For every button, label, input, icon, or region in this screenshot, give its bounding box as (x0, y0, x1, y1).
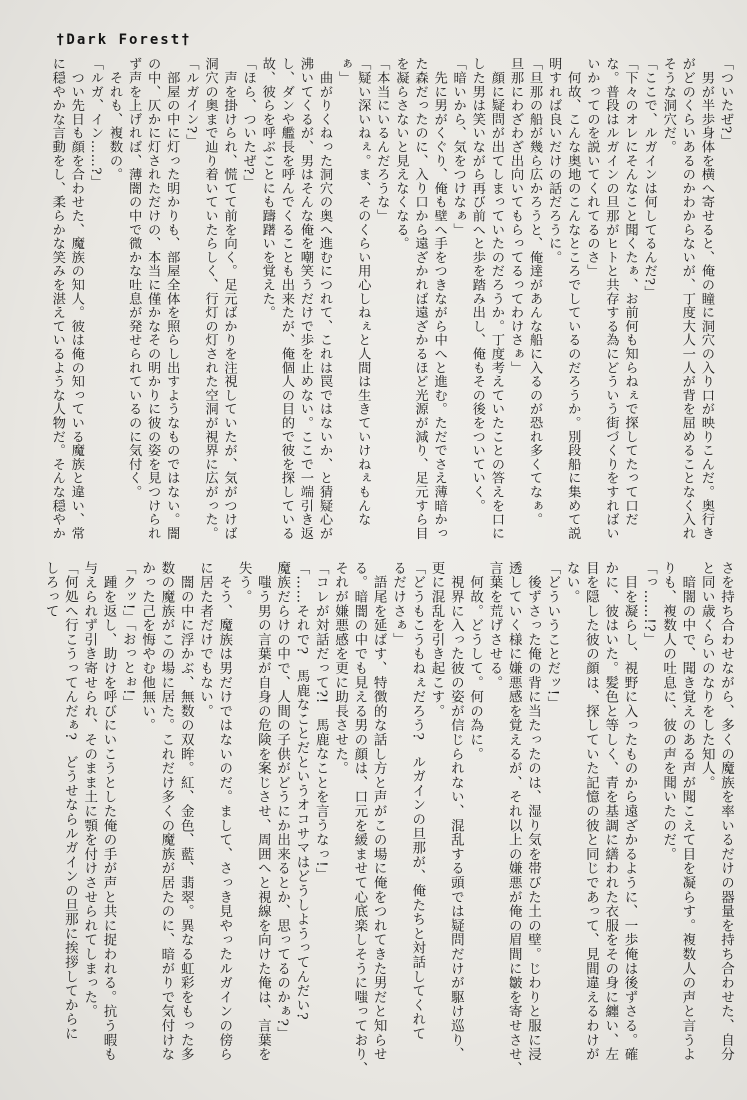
text-line: 「ほら、ついたぜ?」 (239, 57, 258, 565)
text-line: た森だったのに、入り口から遠ざかれば遠ざかるほど光源が減り、足元すら目 (410, 57, 429, 565)
text-line: 洞穴の奥まで辿り着いていたらしく、行灯の灯された空洞が視界に広がった。 (200, 57, 219, 565)
text-block-lower: さを持ち合わせながら、多くの魔族を率いるだけの器量を持ち合わせた、自分と同い歳く… (40, 561, 735, 1088)
text-line: さを持ち合わせながら、多くの魔族を率いるだけの器量を持ち合わせた、自分 (716, 561, 735, 1088)
text-line: 故、彼らを呼ぶことにも躊躇いを覚えた。 (258, 57, 277, 565)
text-line: それも、複数の。 (105, 57, 124, 565)
text-line: に穏やかな言動をし、柔らかな笑みを湛えているような人物だ。そんな穏やか (48, 57, 67, 565)
text-line: 顔に疑問が出てしまっていたのだろうか。丁度考えていたことの答えを口に (487, 57, 506, 565)
text-line: 透していく様に嫌悪感を覚えるが、それ以上の嫌悪が俺の眉間に皺を寄せさせ、 (503, 561, 522, 1088)
text-line: 「コレが対話だって?! 馬鹿なことを言うなっ!」 (310, 561, 329, 1088)
text-line: 暗闇の中で、聞き覚えのある声が聞こえて目を凝らす。複数人の声と言うよ (677, 561, 696, 1088)
text-line: 旦那にわざわざ出向いてもらってるってわけさぁ」 (506, 57, 525, 565)
text-line: かに、彼はいた。髪色と等しく、青を基調に繕われた衣服をその身に纏い、左 (600, 561, 619, 1088)
text-line: 「下々のオレにそんなこと聞くたぁ、お前何も知らねぇで探してたって口だ (620, 57, 639, 565)
text-line: 「クッ!」「おっとぉ!」 (118, 561, 137, 1088)
text-line: 闇の中に浮かぶ、無数の双眸。紅、金色、藍、翡翠。異なる虹彩をもった多 (175, 561, 194, 1088)
text-line: 何故、こんな奥地のこんなところでしているのだろうか。別段船に集めて説 (563, 57, 582, 565)
text-line: りも、複数人の吐息に、彼の声を聞いたのだ。 (658, 561, 677, 1088)
text-line: ぁ」 (334, 57, 353, 565)
text-line: 更に混乱を引き起こす。 (426, 561, 445, 1088)
text-line: 「ここで、ルガインは何してるんだ?」 (640, 57, 659, 565)
text-line: 「ルガ、イン……?」 (86, 57, 105, 565)
text-line: ない。 (561, 561, 580, 1088)
text-line: 目を凝らし、視野に入ったものから遠ざかるように、一歩俺は後ずさる。確 (619, 561, 638, 1088)
page-title: †Dark Forest† (56, 32, 192, 48)
text-line: 「何処へ行こうってんだぁ? どうせならルガインの旦那に挨拶してからに (60, 561, 79, 1088)
text-line: 声を掛けられ、慌てて前を向く。足元ばかりを注視していたが、気がつけば (219, 57, 238, 565)
text-line: 視界に入った彼の姿が信じられない、混乱する頭では疑問だけが駆け巡り、 (446, 561, 465, 1088)
text-line: した男は笑いながら再び前へと歩を踏み出し、俺もその後をついていく。 (468, 57, 487, 565)
text-line: がどのくらいあるのかわからないが、丁度大人一人が背を屈めることなく入れ (678, 57, 697, 565)
text-line: そう、魔族は男だけではないのだ。まして、さっき見やったルガインの傍ら (214, 561, 233, 1088)
scanned-novel-page: †Dark Forest† 「ついたぜ?」 男が半歩身体を横へ寄せると、俺の瞳に… (0, 0, 747, 1100)
text-line: な。普段はルガインの旦那がヒトと共存する為にどういう街づくりをすればい (601, 57, 620, 565)
text-line: つい先日も顔を合わせた、魔族の知人。彼は俺の知っている魔族と違い、常 (67, 57, 86, 565)
text-line: 「ついたぜ?」 (716, 57, 735, 565)
text-line: 沸いてくるが、男はそんな俺を嘲笑うだけで歩を止めない。ここで一端引き返 (296, 57, 315, 565)
text-line: し、ダンや艦長を呼んでくることも出来たが、俺個人の目的で彼を探している (277, 57, 296, 565)
text-line: かった己を悔やむ他無い。 (137, 561, 156, 1088)
text-line: る。暗闇の中でも見える男の顔は、口元を緩ませて心底楽しそうに嗤っており、 (349, 561, 368, 1088)
text-line: 「本当にいるんだろうな」 (372, 57, 391, 565)
text-line: 失う。 (233, 561, 252, 1088)
text-line: 何故。どうして。何の為に。 (465, 561, 484, 1088)
text-line: 言葉を荒げさせる。 (484, 561, 503, 1088)
text-line: しろって (40, 561, 59, 1088)
text-line: いかってのを説いてくれてるのさ」 (582, 57, 601, 565)
text-line: に居た者だけでもない。 (195, 561, 214, 1088)
text-line: 踵を返し、助けを呼びにいこうとした俺の手が声と共に捉われる。抗う暇も (98, 561, 117, 1088)
text-line: 語尾を延ばす、特徴的な話し方と声がこの場に俺をつれてきた男だと知らせ (368, 561, 387, 1088)
text-line: 明すれば良いだけの話だろうに。 (544, 57, 563, 565)
text-line: 「……それで? 馬鹿なことだというオコサマはどうしようってんだい? (291, 561, 310, 1088)
text-line: 後ずさった俺の背に当たったのは、湿り気を帯びた土の壁。じわりと服に浸 (523, 561, 542, 1088)
text-line: 「ルガイン?」 (181, 57, 200, 565)
text-line: 男が半歩身体を横へ寄せると、俺の瞳に洞穴の入り口が映りこんだ。奥行き (697, 57, 716, 565)
text-line: そうな洞穴だ。 (659, 57, 678, 565)
text-line: 「っ……!?」 (639, 561, 658, 1088)
text-block-upper: 「ついたぜ?」 男が半歩身体を横へ寄せると、俺の瞳に洞穴の入り口が映りこんだ。奥… (48, 57, 735, 565)
text-line: 目を隠した彼の顔は、探していた記憶の彼と同じであって、見間違えるわけが (581, 561, 600, 1088)
text-line: と同い歳くらいのなりをした知人。 (696, 561, 715, 1088)
text-line: 先に男がくぐり、俺も壁へ手をつきながら中へと進む。ただでさえ薄暗かっ (430, 57, 449, 565)
text-line: 「どういうことだッ!」 (542, 561, 561, 1088)
text-line: それが嫌悪感を更に助長させた。 (330, 561, 349, 1088)
text-line: ず声を上げれば、薄闇の中で微かな吐息が発せられているのに気付く。 (124, 57, 143, 565)
text-line: の中、仄かに灯されただけの、本当に僅かなその明かりに彼の姿を見つけられ (143, 57, 162, 565)
text-line: 部屋の中に灯った明かりも、部屋全体を照らし出すようなものではない。闇 (162, 57, 181, 565)
text-line: 「旦那の船が幾ら広かろうと、俺達があんな船に入るのが恐れ多くてなぁ。 (525, 57, 544, 565)
text-line: 嗤う男の言葉が自身の危険を案じさせ、周囲へと視線を向けた俺は、言葉を (253, 561, 272, 1088)
text-line: 数の魔族がこの場に居た。これだけ多くの魔族が居たのに、暗がりで気付けな (156, 561, 175, 1088)
text-line: 「どうもこうもねぇだろう? ルガインの旦那が、俺たちと対話してくれて (407, 561, 426, 1088)
text-line: 「暗いから、気をつけなぁ」 (449, 57, 468, 565)
text-line: 曲がりくねった洞穴の奥へ進むにつれて、これは罠ではないか、と猜疑心が (315, 57, 334, 565)
text-line: 「疑い深いねぇ。ま、そのくらい用心しねぇと人間は生きていけねぇもんな (353, 57, 372, 565)
text-line: 魔族だらけの中で、人間の子供がどうにか出来るとか、思ってるのかぁ?」 (272, 561, 291, 1088)
text-line: るだけさぁ」 (388, 561, 407, 1088)
text-line: 与えられず引き寄せられ、そのまま土に顎を付けさせられてしまった。 (79, 561, 98, 1088)
text-line: を凝らさないと見えなくなる。 (391, 57, 410, 565)
